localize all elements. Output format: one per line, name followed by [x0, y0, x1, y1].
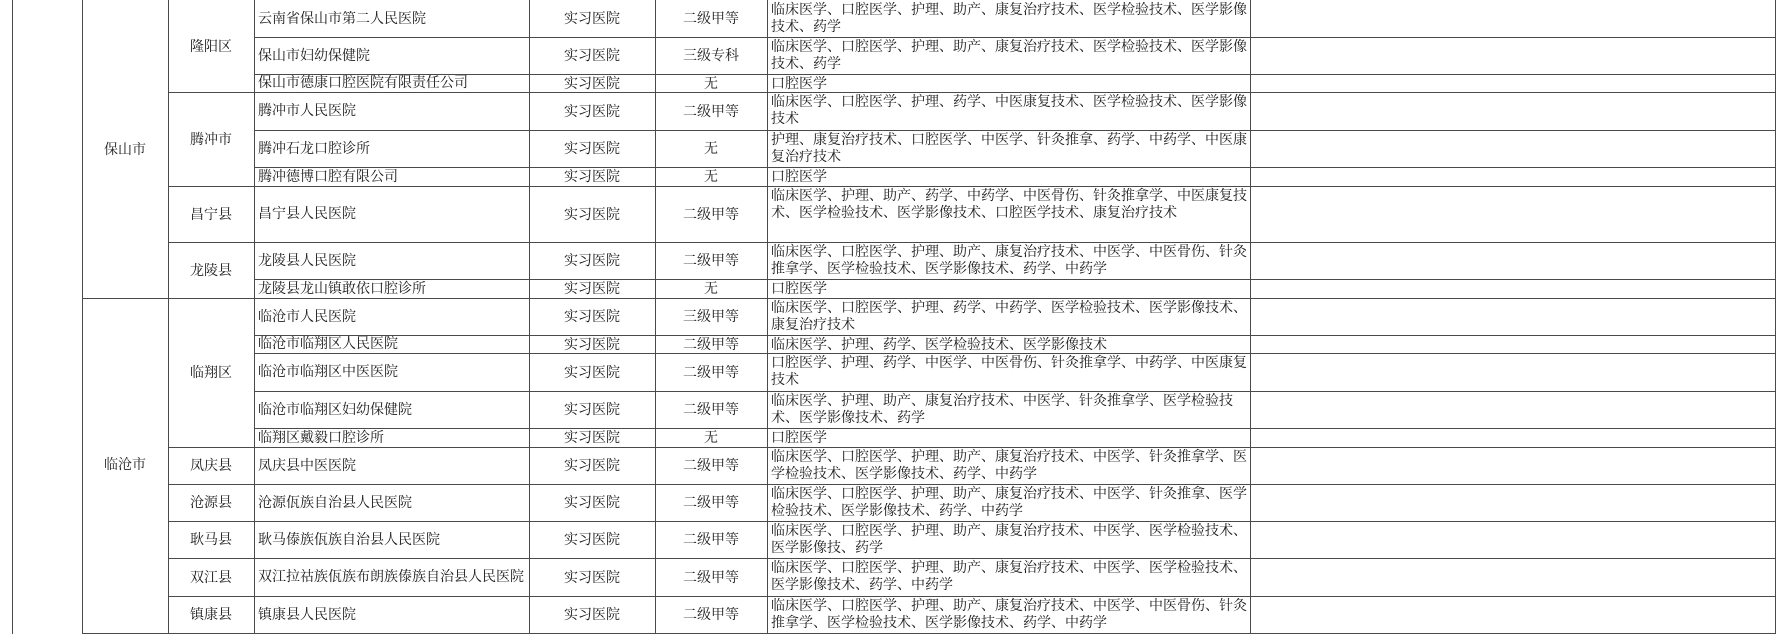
empty-extra-cell	[1251, 131, 1775, 167]
district-cell: 凤庆县	[168, 448, 254, 484]
hospital-name-cell: 耿马傣族佤族自治县人民医院	[255, 522, 529, 558]
hospital-type-cell: 实习医院	[529, 392, 655, 428]
hospital-name-cell: 腾冲石龙口腔诊所	[255, 131, 529, 167]
hospital-level-cell: 二级甲等	[655, 354, 767, 391]
majors-cell: 口腔医学	[768, 280, 1250, 298]
hospital-type-cell: 实习医院	[529, 280, 655, 298]
majors-cell: 口腔医学	[768, 168, 1250, 186]
city-cell: 临沧市	[82, 456, 168, 474]
district-cell: 耿马县	[168, 522, 254, 558]
hospital-level-cell: 二级甲等	[655, 1, 767, 37]
hospital-name-cell: 龙陵县人民医院	[255, 243, 529, 279]
majors-cell: 临床医学、口腔医学、护理、助产、康复治疗技术、中医学、医学检验技术、医学影像技术…	[768, 559, 1250, 596]
hospital-type-cell: 实习医院	[529, 168, 655, 186]
hospital-level-cell: 二级甲等	[655, 243, 767, 279]
hospital-name-cell: 凤庆县中医医院	[255, 448, 529, 484]
hospital-type-cell: 实习医院	[529, 243, 655, 279]
hospital-type-cell: 实习医院	[529, 299, 655, 335]
hospital-level-cell: 无	[655, 131, 767, 167]
hospital-name-cell: 临翔区戴毅口腔诊所	[255, 429, 529, 447]
right-edge-line	[1775, 0, 1776, 634]
hospital-name-cell: 双江拉祜族佤族布朗族傣族自治县人民医院	[255, 559, 529, 596]
majors-cell: 临床医学、口腔医学、护理、助产、康复治疗技术、中医学、针灸推拿、医学检验技术、医…	[768, 485, 1250, 521]
majors-cell: 临床医学、口腔医学、护理、药学、中药学、医学检验技术、医学影像技术、康复治疗技术	[768, 299, 1250, 335]
empty-extra-cell	[1251, 597, 1775, 633]
empty-extra-cell	[1251, 448, 1775, 484]
hospital-name-cell: 云南省保山市第二人民医院	[255, 1, 529, 37]
hospital-name-cell: 腾冲市人民医院	[255, 93, 529, 130]
empty-extra-cell	[1251, 429, 1775, 447]
hospital-type-cell: 实习医院	[529, 336, 655, 353]
hospital-type-cell: 实习医院	[529, 448, 655, 484]
empty-extra-cell	[1251, 1, 1775, 37]
hospital-name-cell: 昌宁县人民医院	[255, 187, 529, 242]
empty-extra-cell	[1251, 187, 1775, 242]
majors-cell: 临床医学、护理、助产、康复治疗技术、中医学、针灸推拿学、医学检验技术、医学影像技…	[768, 392, 1250, 428]
city-column-border	[82, 0, 83, 634]
hospital-type-cell: 实习医院	[529, 1, 655, 37]
hospital-name-cell: 临沧市临翔区中医医院	[255, 354, 529, 391]
hospital-name-cell: 腾冲德博口腔有限公司	[255, 168, 529, 186]
majors-cell: 口腔医学	[768, 75, 1250, 92]
district-cell: 双江县	[168, 559, 254, 596]
hospital-type-cell: 实习医院	[529, 597, 655, 633]
hospital-name-cell: 保山市妇幼保健院	[255, 38, 529, 74]
majors-cell: 临床医学、口腔医学、护理、助产、康复治疗技术、医学检验技术、医学影像技术、药学	[768, 38, 1250, 74]
hospital-type-cell: 实习医院	[529, 187, 655, 242]
district-cell: 临翔区	[168, 299, 254, 447]
empty-extra-cell	[1251, 559, 1775, 596]
hospital-name-cell: 临沧市临翔区人民医院	[255, 336, 529, 353]
hospital-level-cell: 二级甲等	[655, 559, 767, 596]
empty-extra-cell	[1251, 75, 1775, 92]
empty-extra-cell	[1251, 38, 1775, 74]
majors-cell: 临床医学、口腔医学、护理、助产、康复治疗技术、中医学、中医骨伤、针灸推拿学、医学…	[768, 243, 1250, 279]
majors-cell: 临床医学、口腔医学、护理、助产、康复治疗技术、医学检验技术、医学影像技术、药学	[768, 1, 1250, 37]
empty-extra-cell	[1251, 522, 1775, 558]
hospital-name-cell: 临沧市人民医院	[255, 299, 529, 335]
hospital-type-cell: 实习医院	[529, 522, 655, 558]
majors-cell: 临床医学、口腔医学、护理、助产、康复治疗技术、中医学、针灸推拿学、医学检验技术、…	[768, 448, 1250, 484]
hospital-name-cell: 临沧市临翔区妇幼保健院	[255, 392, 529, 428]
majors-cell: 口腔医学、护理、药学、中医学、中医骨伤、针灸推拿学、中药学、中医康复技术	[768, 354, 1250, 391]
district-cell: 镇康县	[168, 597, 254, 633]
empty-extra-cell	[1251, 392, 1775, 428]
majors-cell: 临床医学、护理、药学、医学检验技术、医学影像技术	[768, 336, 1250, 353]
district-cell: 沧源县	[168, 485, 254, 521]
district-cell: 昌宁县	[168, 187, 254, 242]
hospital-type-cell: 实习医院	[529, 93, 655, 130]
empty-extra-cell	[1251, 485, 1775, 521]
hospital-level-cell: 二级甲等	[655, 522, 767, 558]
district-cell: 腾冲市	[168, 93, 254, 186]
empty-extra-cell	[1251, 93, 1775, 130]
city-cell: 保山市	[82, 141, 168, 159]
majors-cell: 临床医学、口腔医学、护理、药学、中医康复技术、医学检验技术、医学影像技术	[768, 93, 1250, 130]
empty-extra-cell	[1251, 280, 1775, 298]
majors-cell: 护理、康复治疗技术、口腔医学、中医学、针灸推拿、药学、中药学、中医康复治疗技术	[768, 131, 1250, 167]
empty-extra-cell	[1251, 336, 1775, 353]
hospital-level-cell: 二级甲等	[655, 448, 767, 484]
majors-cell: 临床医学、护理、助产、药学、中药学、中医骨伤、针灸推拿学、中医康复技术、医学检验…	[768, 187, 1250, 242]
hospital-level-cell: 二级甲等	[655, 597, 767, 633]
majors-cell: 口腔医学	[768, 429, 1250, 447]
hospital-level-cell: 二级甲等	[655, 93, 767, 130]
empty-extra-cell	[1251, 243, 1775, 279]
district-cell: 隆阳区	[168, 1, 254, 92]
empty-extra-cell	[1251, 354, 1775, 391]
empty-extra-cell	[1251, 299, 1775, 335]
hospital-level-cell: 三级专科	[655, 38, 767, 74]
majors-cell: 临床医学、口腔医学、护理、助产、康复治疗技术、中医学、中医骨伤、针灸推拿学、医学…	[768, 597, 1250, 633]
hospital-name-cell: 保山市德康口腔医院有限责任公司	[255, 75, 529, 92]
hospital-type-cell: 实习医院	[529, 38, 655, 74]
hospital-type-cell: 实习医院	[529, 429, 655, 447]
hospital-name-cell: 沧源佤族自治县人民医院	[255, 485, 529, 521]
majors-cell: 临床医学、口腔医学、护理、助产、康复治疗技术、中医学、医学检验技术、医学影像技、…	[768, 522, 1250, 558]
hospital-level-cell: 二级甲等	[655, 485, 767, 521]
hospital-type-cell: 实习医院	[529, 354, 655, 391]
hospital-type-cell: 实习医院	[529, 485, 655, 521]
district-cell: 龙陵县	[168, 243, 254, 298]
hospital-level-cell: 二级甲等	[655, 336, 767, 353]
hospital-name-cell: 镇康县人民医院	[255, 597, 529, 633]
hospital-type-cell: 实习医院	[529, 75, 655, 92]
hospital-name-cell: 龙陵县龙山镇敢依口腔诊所	[255, 280, 529, 298]
hospital-level-cell: 无	[655, 75, 767, 92]
hospital-type-cell: 实习医院	[529, 131, 655, 167]
hospital-level-cell: 二级甲等	[655, 187, 767, 242]
hospital-level-cell: 三级甲等	[655, 299, 767, 335]
hospital-level-cell: 无	[655, 280, 767, 298]
hospital-level-cell: 无	[655, 429, 767, 447]
hospital-table: 保山市临沧市隆阳区腾冲市昌宁县龙陵县临翔区凤庆县沧源县耿马县双江县镇康县云南省保…	[0, 0, 1782, 634]
hospital-type-cell: 实习医院	[529, 559, 655, 596]
empty-extra-cell	[1251, 168, 1775, 186]
hospital-level-cell: 二级甲等	[655, 392, 767, 428]
hospital-level-cell: 无	[655, 168, 767, 186]
left-edge-line	[12, 0, 13, 634]
